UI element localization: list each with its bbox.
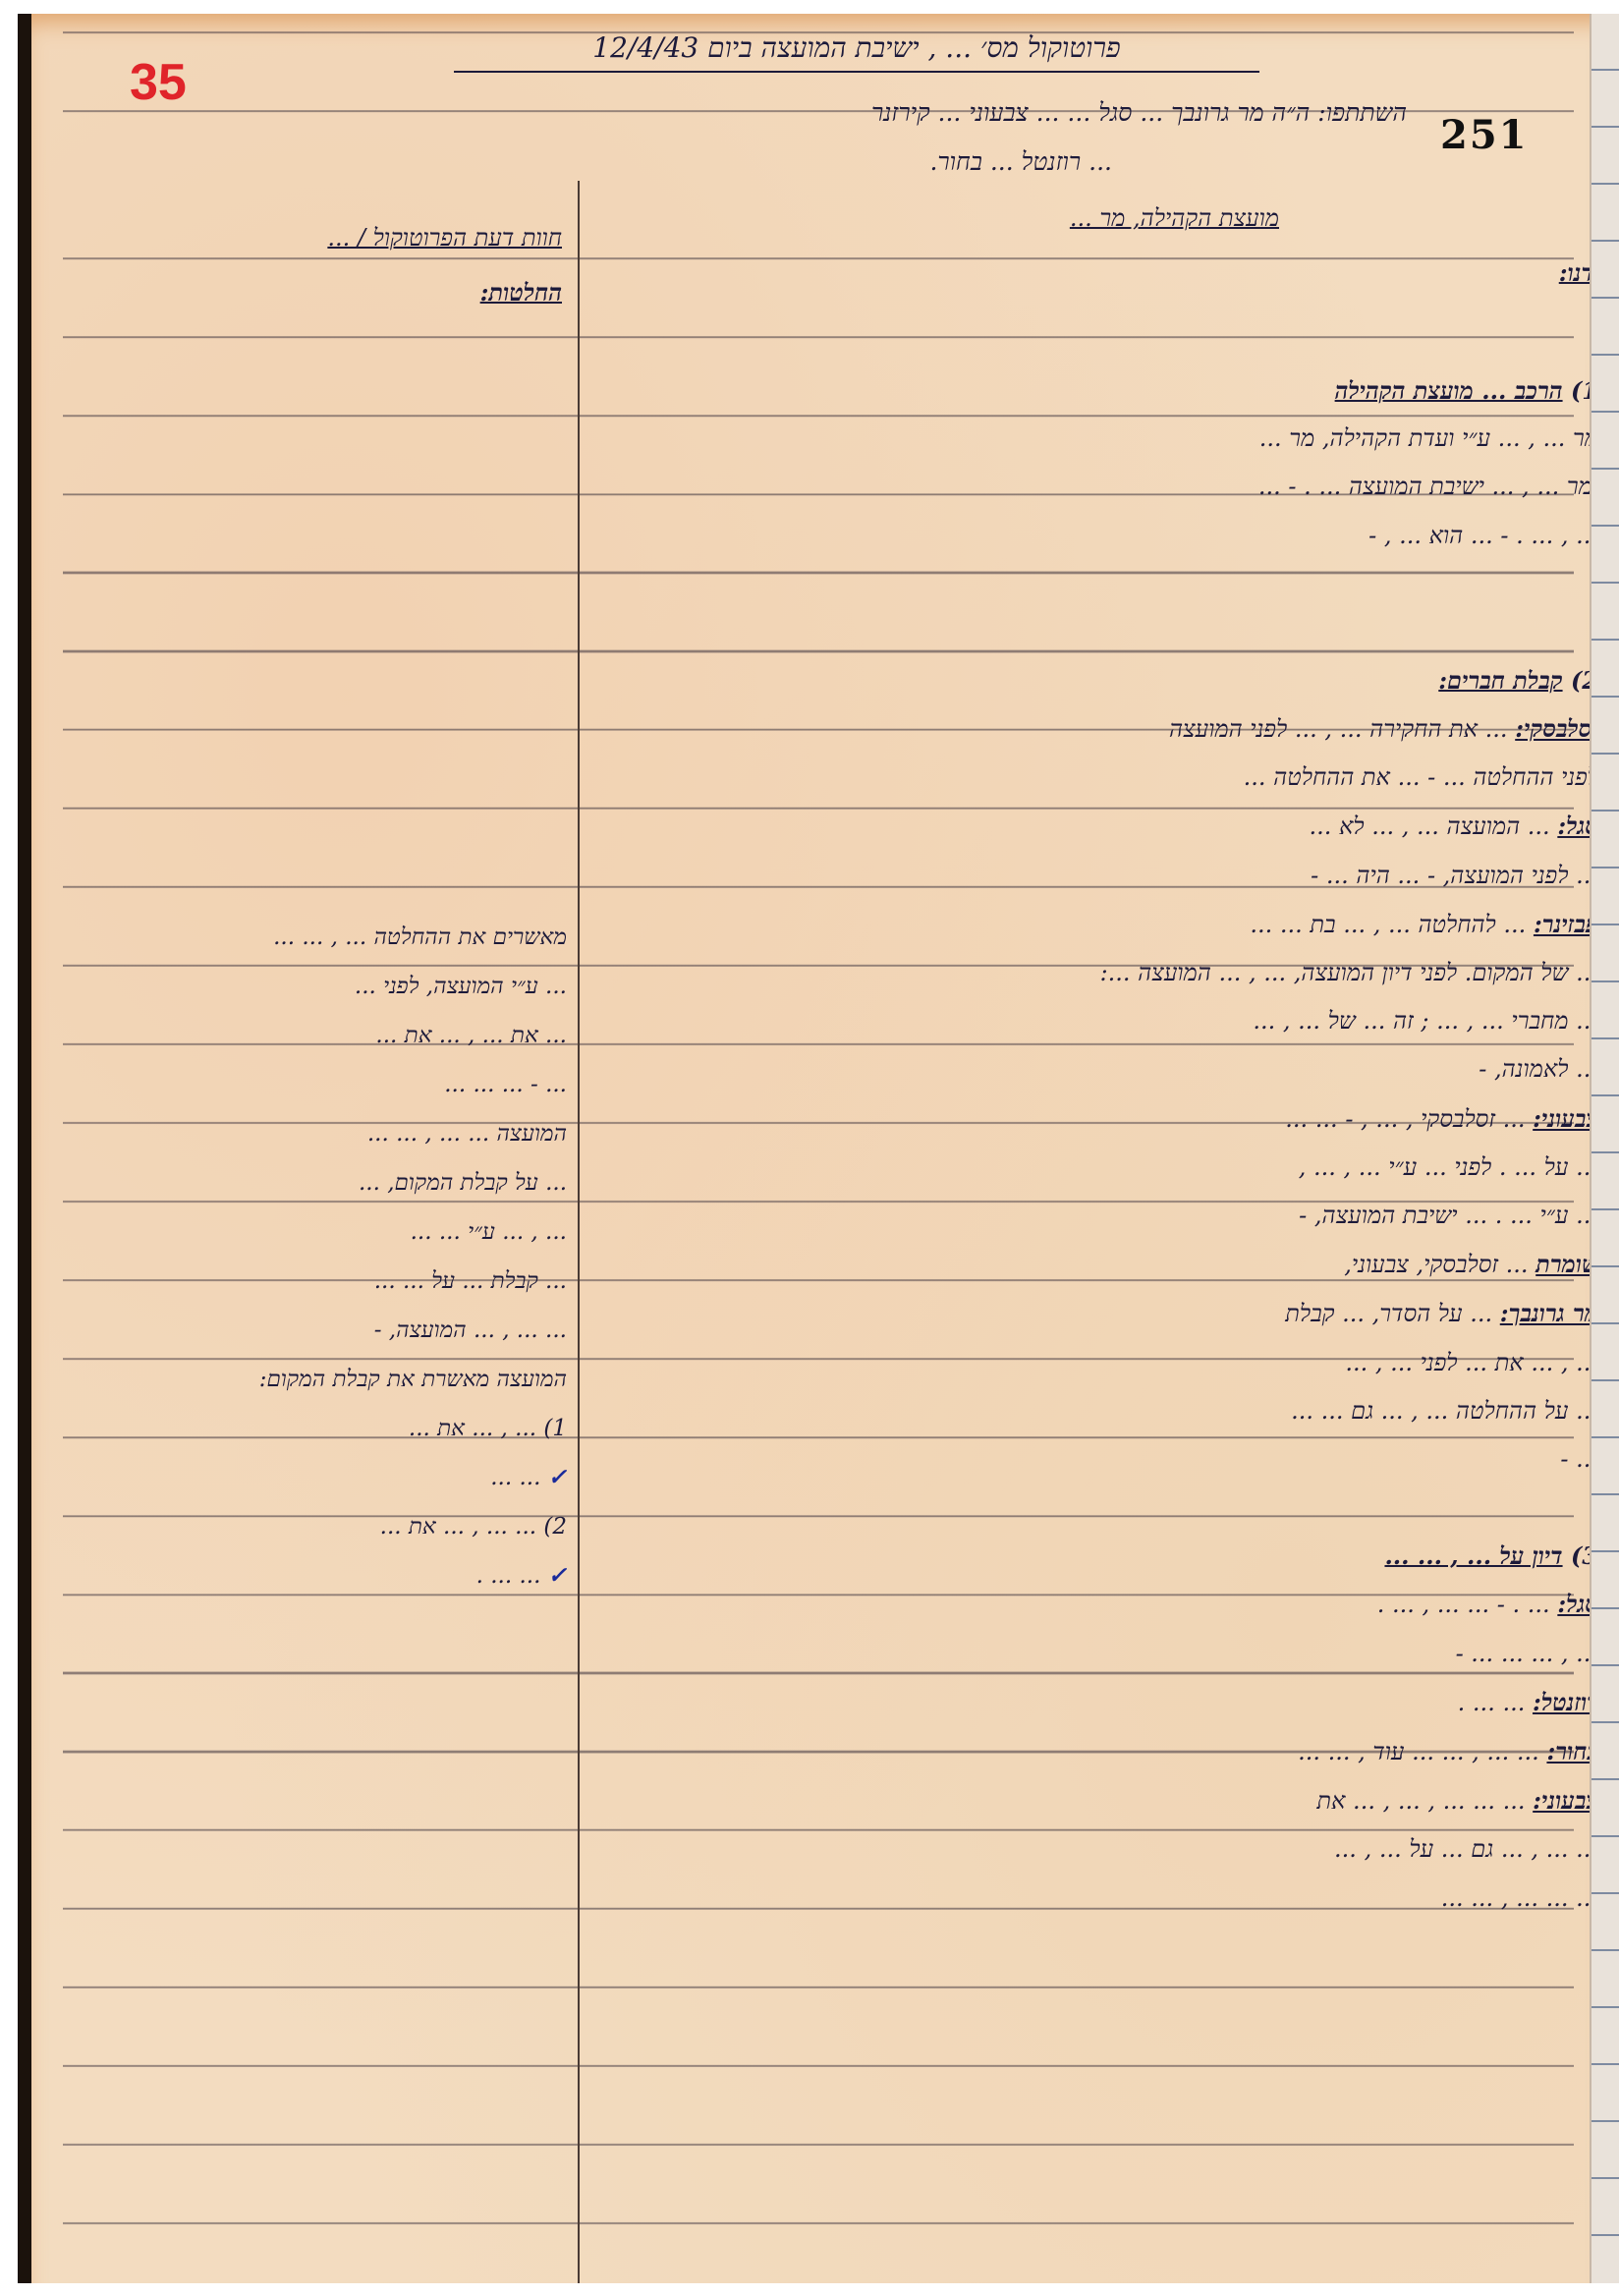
decision-line: ... , ... ע״י ... ...: [100, 1207, 567, 1257]
speaker-entry: שומרת ... זסלבסקי, צבעוני,: [596, 1240, 1598, 1289]
decision-line: מאשרים את ההחלטה ... , ... ...: [100, 913, 567, 962]
speaker-entry: סגל: ... המועצה ... , ... לא ...: [596, 802, 1598, 851]
speaker-entry: מר גרונבך: ... על הסדר, ... קבלת: [596, 1289, 1598, 1338]
minutes-line: ... -: [596, 1435, 1598, 1484]
section-heading: 3) דיון על ... , ... ...: [596, 1532, 1598, 1580]
minutes-line: ... על ... . לפני ... ע״י ... , ... ,: [596, 1144, 1598, 1192]
decision-line: המועצה ... ... , ... ...: [100, 1109, 567, 1158]
section-heading: 1) הרכב ... מועצת הקהילה: [596, 366, 1598, 415]
speaker-entry: צבעוני: ... זסלבסקי , ... , - ... ...: [596, 1094, 1598, 1144]
adjacent-page-edge: [1590, 14, 1619, 2283]
decision-line: ... - ... ... ...: [100, 1060, 567, 1109]
speaker-entry: בחור: ... ... , ... ... עוד , ... ...: [596, 1727, 1598, 1776]
decision-line: המועצה מאשרת את קבלת המקום:: [100, 1355, 567, 1404]
section-heading: 2) קבלת חברים:: [596, 656, 1598, 704]
minutes-body: 1) הרכב ... מועצת הקהילה מר ... , ... ע״…: [596, 318, 1598, 1923]
column-divider: [578, 181, 580, 2283]
speaker-entry: סגל: ... . - ... ... , ... .: [596, 1580, 1598, 1629]
decision-line: ... את ... , ... את ...: [100, 1011, 567, 1060]
decisions-body: מאשרים את ההחלטה ... , ... ... ... ע״י ה…: [100, 913, 567, 1600]
decision-line: 1) ... , ... את ...: [100, 1404, 567, 1453]
attendees-line: ... רוזנטל ... בחור.: [257, 138, 1407, 187]
minutes-line: ... ... ... , ... ...: [596, 1875, 1598, 1923]
check-mark-icon: ✓: [548, 1562, 567, 1589]
page-number: 251: [1440, 112, 1529, 158]
speaker-entry: זסלבסקי: ... את החקירה ... , ... לפני המ…: [596, 704, 1598, 754]
minutes-line: ... , ... . - ... הוא ... , -: [596, 512, 1598, 560]
decision-line: 2) ... ... , ... את ...: [100, 1502, 567, 1551]
minutes-line: ... , ... את ... לפני ... , ...: [596, 1339, 1598, 1387]
decision-line: ... קבלת ... על ... ...: [100, 1257, 567, 1306]
decision-line: ... ע״י המועצה, לפני ...: [100, 962, 567, 1011]
decisions-column-header: חוות דעת הפרוטוקול / ... החלטות:: [90, 210, 562, 320]
decision-line: ... ... , ... המועצה, -: [100, 1306, 567, 1355]
minutes-line: מר ... , ... ע״י ועדת הקהילה, מר ...: [596, 415, 1598, 463]
archive-stamp: 35: [130, 53, 187, 112]
check-mark-icon: ✓: [548, 1464, 567, 1490]
speaker-entry: רוזנטל: ... ... .: [596, 1678, 1598, 1727]
decisions-label: החלטות:: [90, 265, 562, 320]
minutes-line: ... , ... ... ... -: [596, 1630, 1598, 1678]
minutes-line: לפני ההחלטה ... - ... את ההחלטה ...: [596, 754, 1598, 802]
minutes-line: ... מחברי ... , ... ; זה ... של ... , ..…: [596, 997, 1598, 1045]
minutes-line: ... לאמונה, -: [596, 1045, 1598, 1093]
decision-line: ... על קבלת המקום, ...: [100, 1158, 567, 1207]
minutes-line: ... ... , ... גם ... על ... , ...: [596, 1825, 1598, 1874]
minutes-line: ... על ההחלטה ... , ... גם ... ...: [596, 1387, 1598, 1435]
attendees-list: השתתפו: ה״ה מר גרונבך ... סגל ... ... צב…: [257, 88, 1407, 187]
minutes-line: ... ע״י ... . ... ישיבת המועצה, -: [596, 1192, 1598, 1240]
speaker-entry: צבעוני: ... ... ... , ... , ... את: [596, 1776, 1598, 1825]
decision-line: ✓ ... ... .: [100, 1551, 567, 1600]
minutes-line: ... לפני המועצה, - ... היה ... -: [596, 852, 1598, 900]
decision-line: ✓ ... ...: [100, 1453, 567, 1502]
notebook-page: 35 251 פרוטוקול מס׳ ... , ישיבת המועצה ב…: [18, 14, 1603, 2283]
page-title: פרוטוקול מס׳ ... , ישיבת המועצה ביום 12/…: [454, 31, 1259, 73]
discussed-label: דנו:: [601, 246, 1593, 301]
attendees-line: השתתפו: ה״ה מר גרונבך ... סגל ... ... צב…: [257, 88, 1407, 138]
minutes-line: ... של המקום. לפני דיון המועצה, ... , ..…: [596, 949, 1598, 997]
minutes-column-header: מועצת הקהילה, מר ... דנו:: [601, 191, 1593, 301]
minutes-line: ומר ... , ... ישיבת המועצה ... . - ...: [596, 463, 1598, 511]
speaker-entry: פבזינר: ... להחלטה ... , ... בת ... ...: [596, 900, 1598, 949]
